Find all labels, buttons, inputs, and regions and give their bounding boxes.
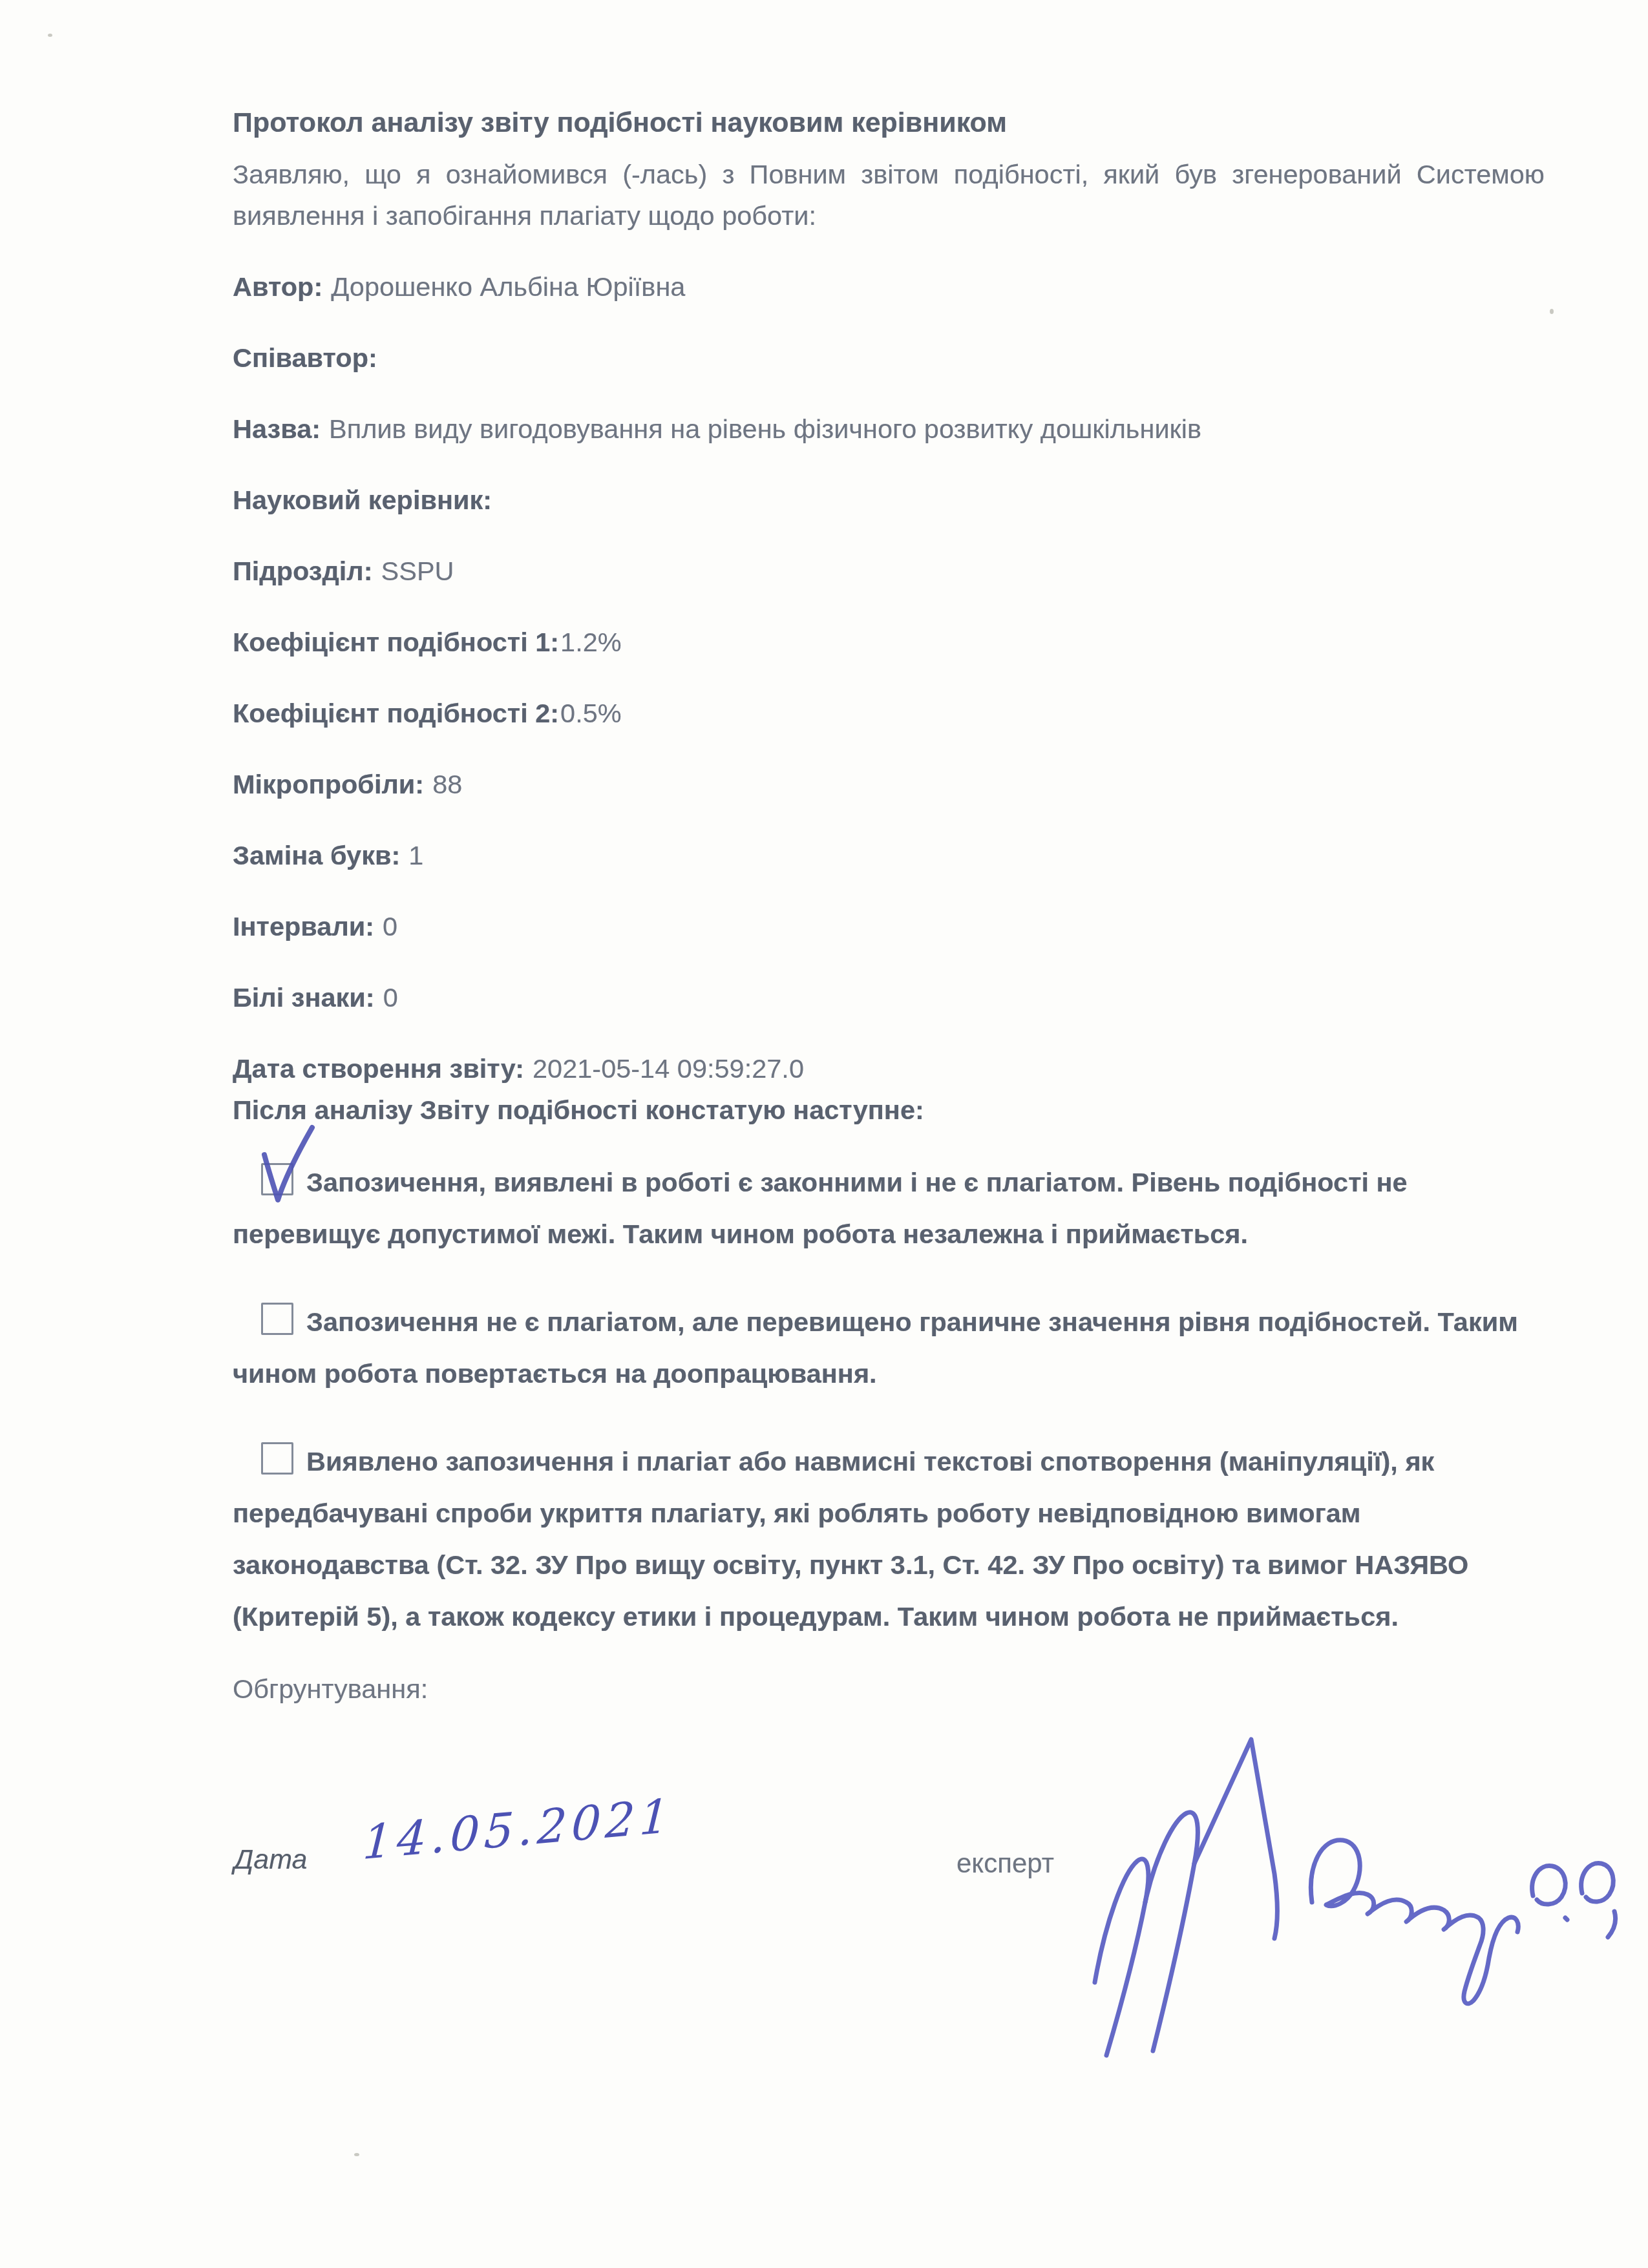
field-label: Назва:	[233, 414, 321, 444]
expert-label: експерт	[956, 1843, 1054, 1884]
handwritten-checkmark-icon	[257, 1122, 324, 1210]
field-value: 0.5%	[560, 698, 622, 728]
field-department: Підрозділ:SSPU	[233, 551, 1545, 592]
field-label: Автор:	[233, 271, 322, 302]
field-value: 1.2%	[560, 627, 622, 657]
field-value: 1	[408, 840, 423, 870]
field-microspaces: Мікропробіли:88	[233, 764, 1545, 805]
field-coauthor: Співавтор:	[233, 337, 1545, 379]
field-label: Білі знаки:	[233, 982, 375, 1013]
field-value: Вплив виду вигодовування на рівень фізич…	[329, 414, 1201, 444]
field-value: 0	[383, 911, 397, 941]
field-label: Мікропробіли:	[233, 769, 424, 799]
scan-speck	[48, 34, 52, 37]
field-intervals: Інтервали:0	[233, 906, 1545, 947]
field-label: Підрозділ:	[233, 556, 373, 586]
field-author: Автор:Дорошенко Альбіна Юріївна	[233, 266, 1545, 308]
checkbox-checked	[261, 1163, 293, 1195]
option-text: Запозичення не є плагіатом, але перевище…	[233, 1307, 1518, 1389]
scanned-document-page: Протокол аналізу звіту подібності науков…	[0, 0, 1648, 2268]
field-label: Коефіцієнт подібності 2:	[233, 698, 559, 728]
field-supervisor: Науковий керівник:	[233, 479, 1545, 521]
field-report-creation-date: Дата створення звіту:2021-05-14 09:59:27…	[233, 1048, 1545, 1089]
field-value: SSPU	[381, 556, 454, 586]
field-white-signs: Білі знаки:0	[233, 977, 1545, 1018]
option-rejected: Виявлено запозичення і плагіат або навми…	[233, 1436, 1545, 1643]
handwritten-date: 14.05.2021	[362, 1794, 675, 1864]
checkbox-unchecked	[261, 1442, 293, 1475]
field-letter-substitution: Заміна букв:1	[233, 835, 1545, 876]
field-label: Науковий керівник:	[233, 485, 492, 515]
document-title: Протокол аналізу звіту подібності науков…	[233, 102, 1545, 143]
field-title-of-work: Назва:Вплив виду вигодовування на рівень…	[233, 408, 1545, 450]
handwritten-signature	[1041, 1729, 1622, 2065]
field-value: 2021-05-14 09:59:27.0	[533, 1053, 804, 1084]
document-content: Протокол аналізу звіту подібності науков…	[233, 102, 1545, 2072]
checkbox-unchecked	[261, 1303, 293, 1335]
field-label: Інтервали:	[233, 911, 374, 941]
field-value: 88	[432, 769, 462, 799]
date-label: Дата	[234, 1839, 307, 1880]
option-text: Виявлено запозичення і плагіат або навми…	[233, 1446, 1468, 1632]
intro-paragraph: Заявляю, що я ознайомився (-лась) з Повн…	[233, 154, 1545, 236]
field-label: Дата створення звіту:	[233, 1053, 524, 1084]
statement-intro: Після аналізу Звіту подібності констатую…	[233, 1089, 1545, 1131]
scan-speck	[354, 2153, 359, 2156]
option-return-for-revision: Запозичення не є плагіатом, але перевище…	[233, 1296, 1545, 1400]
conclusion-options: Запозичення, виявлені в роботі є законни…	[233, 1157, 1545, 1643]
field-label: Співавтор:	[233, 342, 377, 373]
field-label: Коефіцієнт подібності 1:	[233, 627, 559, 657]
field-label: Заміна букв:	[233, 840, 400, 870]
field-similarity-coefficient-1: Коефіцієнт подібності 1:1.2%	[233, 622, 1545, 663]
field-value: 0	[383, 982, 398, 1013]
justification-label: Обгрунтування:	[233, 1668, 1545, 1710]
field-value: Дорошенко Альбіна Юріївна	[331, 271, 685, 302]
field-similarity-coefficient-2: Коефіцієнт подібності 2:0.5%	[233, 693, 1545, 734]
option-accepted: Запозичення, виявлені в роботі є законни…	[233, 1157, 1545, 1260]
signature-footer: Дата 14.05.2021 експерт	[233, 1839, 1545, 2072]
option-text: Запозичення, виявлені в роботі є законни…	[233, 1167, 1408, 1249]
scan-speck	[1550, 309, 1554, 314]
